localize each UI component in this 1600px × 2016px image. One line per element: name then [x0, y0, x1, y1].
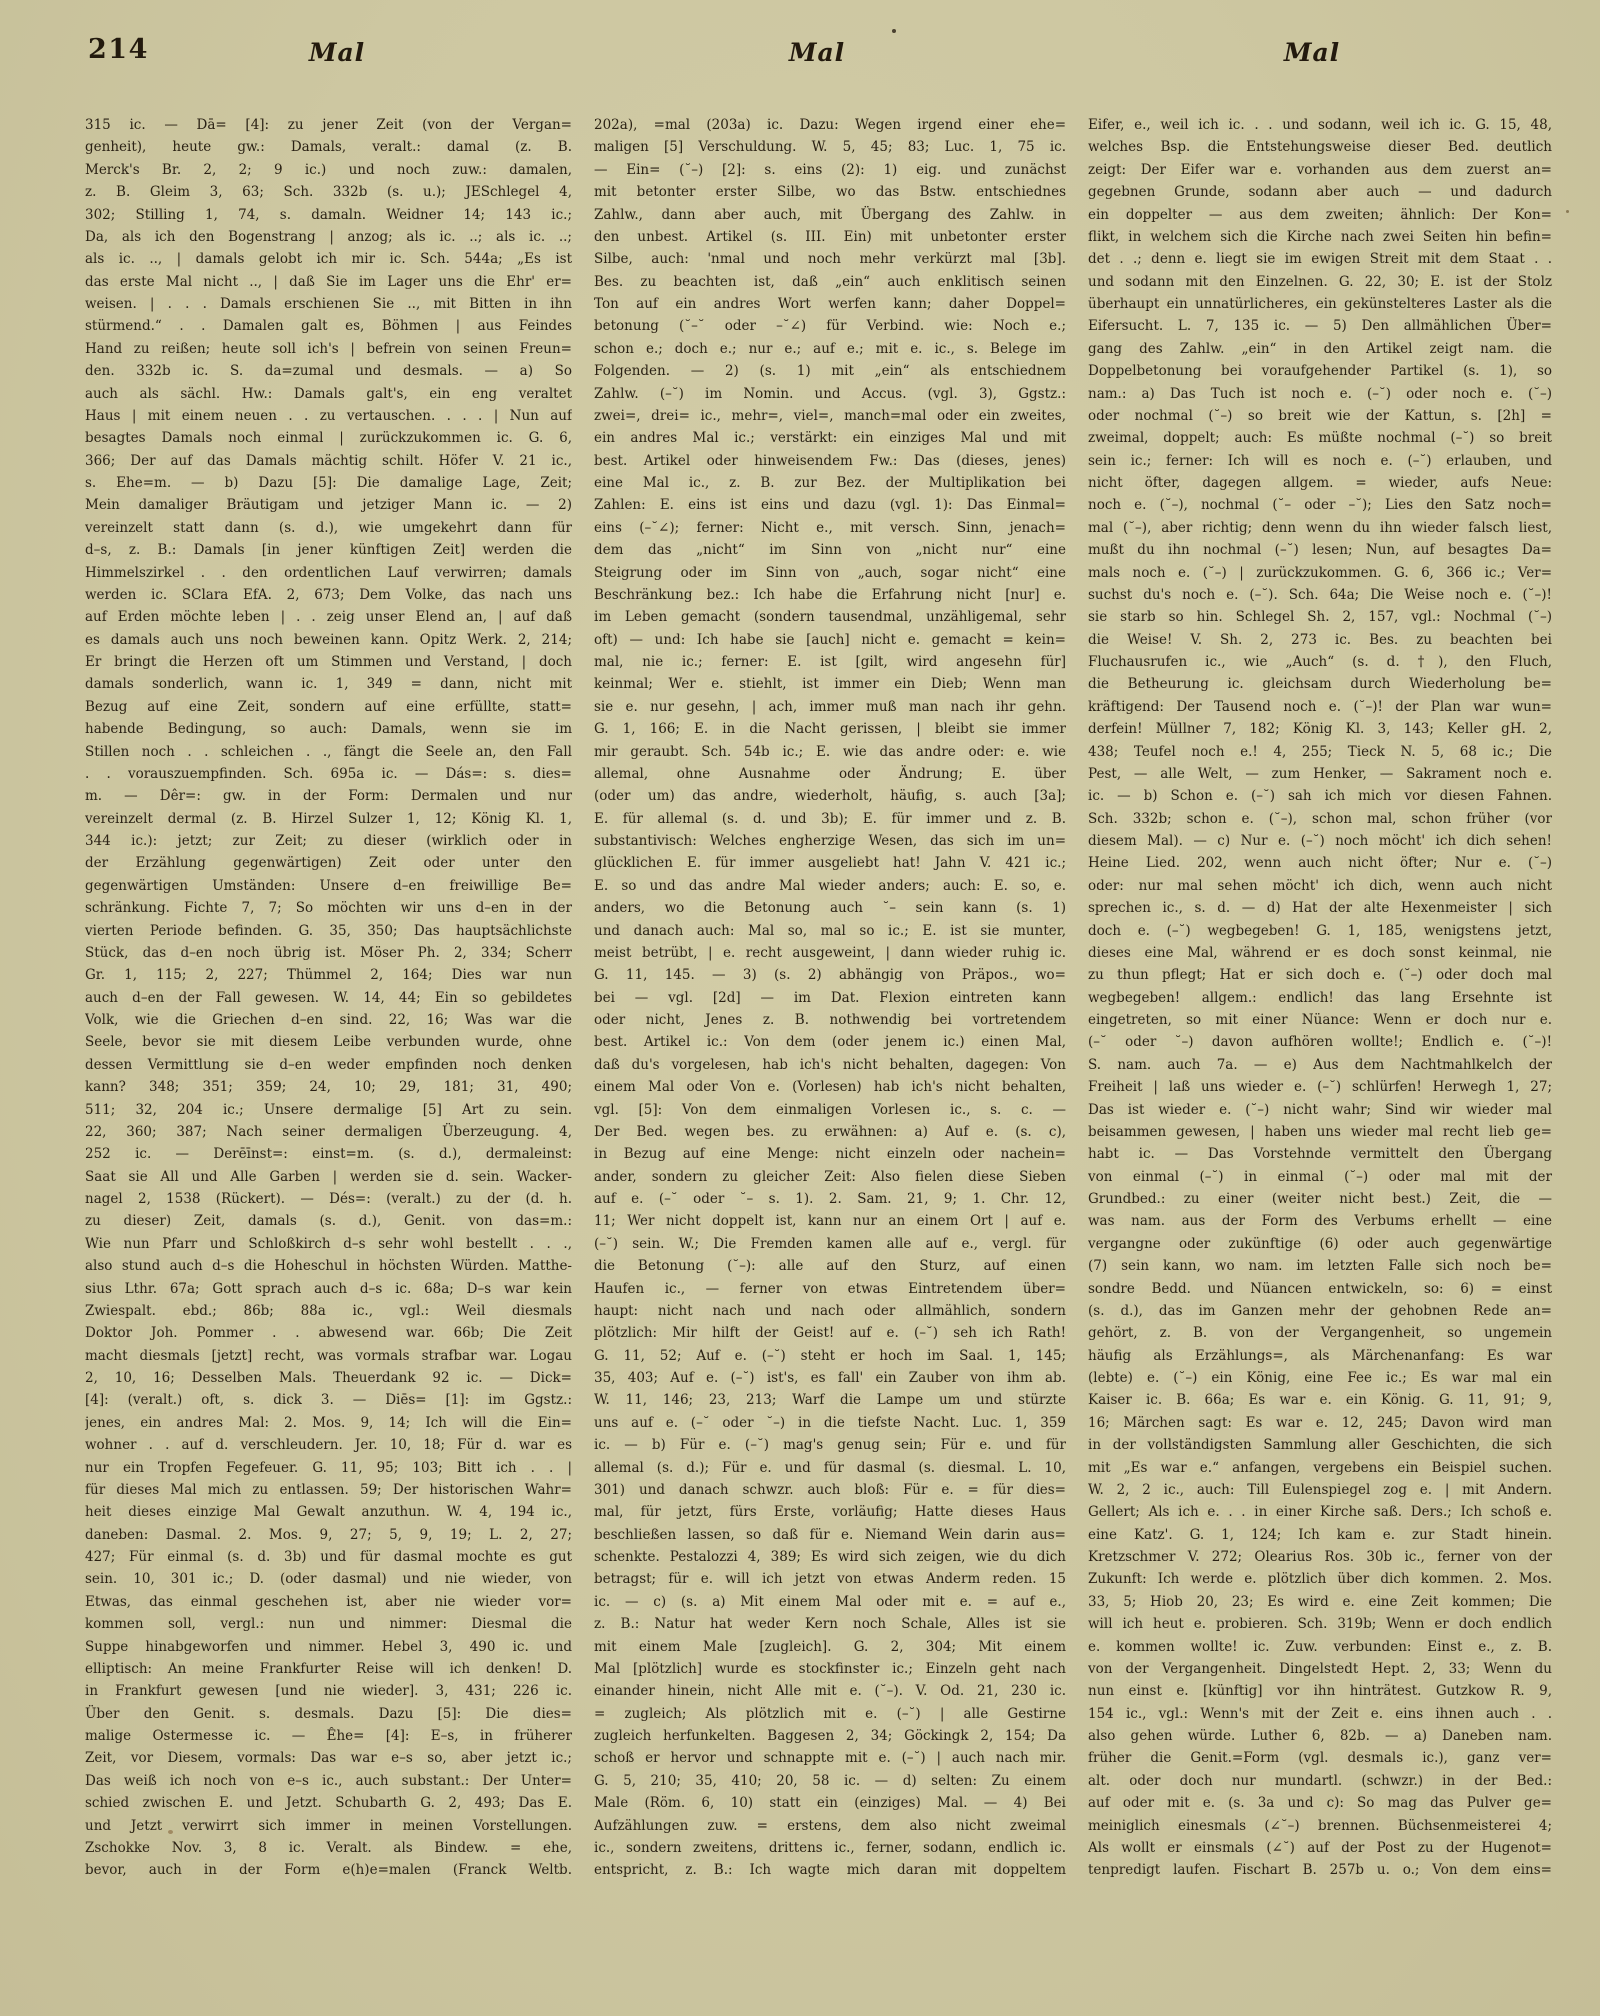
text-line: ic., sondern zweitens, drittens ic., fer…	[594, 1837, 1066, 1859]
text-line: gehört, z. B. von der Vergangenheit, so …	[1088, 1322, 1552, 1344]
text-line: derfein! Müllner 7, 182; König Kl. 3, 14…	[1088, 718, 1552, 740]
text-line: sein. 10, 301 ic.; D. (oder dasmal) und …	[85, 1568, 572, 1590]
text-line: die Betheurung ic. gleichsam durch Wiede…	[1088, 673, 1552, 695]
text-line: uns auf e. (–˘ oder ˘–) in die tiefste N…	[594, 1412, 1066, 1434]
text-line: und danach auch: Mal so, mal so ic.; E. …	[594, 920, 1066, 942]
text-line: 11; Wer nicht doppelt ist, kann nur an e…	[594, 1210, 1066, 1232]
text-line: welches Bsp. die Entstehungsweise dieser…	[1088, 136, 1552, 158]
text-line: zugleich herfunkelten. Baggesen 2, 34; G…	[594, 1725, 1066, 1747]
text-line: G. 11, 52; Auf e. (–˘) steht er hoch im …	[594, 1345, 1066, 1367]
text-line: . . vorauszuempfinden. Sch. 695a ic. — D…	[85, 763, 572, 785]
text-line: mit „Es war e.“ anfangen, vergebens ein …	[1088, 1457, 1552, 1479]
text-line: was nam. aus der Form des Verbums erhell…	[1088, 1210, 1552, 1232]
text-line: 22, 360; 387; Nach seiner dermaligen Übe…	[85, 1121, 572, 1143]
text-line: S. nam. auch 7a. — e) Aus dem Nachtmahlk…	[1088, 1054, 1552, 1076]
text-line: mußt du ihn nochmal (–˘) lesen; Nun, auf…	[1088, 539, 1552, 561]
text-line: 366; Der auf das Damals mächtig schilt. …	[85, 450, 572, 472]
text-line: sondre Bedd. und Nüancen entwickeln, so:…	[1088, 1278, 1552, 1300]
text-line: dem das „nicht“ im Sinn von „nicht nur“ …	[594, 539, 1066, 561]
text-line: kommen soll, vergl.: nun und nimmer: Die…	[85, 1613, 572, 1635]
text-line: allemal, ohne Ausnahme oder Ändrung; E. …	[594, 763, 1066, 785]
text-line: den. 332b ic. S. da=zumal und desmals. —…	[85, 360, 572, 382]
text-line: wohner . . auf d. verschleudern. Jer. 10…	[85, 1434, 572, 1456]
text-line: sein ic.; ferner: Ich will es noch e. (–…	[1088, 450, 1552, 472]
text-line: Zeit, vor Diesem, vormals: Das war e–s s…	[85, 1747, 572, 1769]
text-line: Beschränkung bez.: Ich habe die Erfahrun…	[594, 584, 1066, 606]
text-line: elliptisch: An meine Frankfurter Reise w…	[85, 1658, 572, 1680]
text-line: eine Katz'. G. 1, 124; Ich kam e. zur St…	[1088, 1524, 1552, 1546]
text-line: keinmal; Wer e. stiehlt, ist immer ein D…	[594, 673, 1066, 695]
text-line: Haus | mit einem neuen . . zu vertausche…	[85, 405, 572, 427]
text-column-2: 202a), =mal (203a) ic. Dazu: Wegen irgen…	[594, 114, 1066, 1882]
text-line: Merck's Br. 2, 2; 9 ic.) und noch zuw.: …	[85, 159, 572, 181]
dictionary-page: 214 Mal Mal Mal 315 ic. — Dā= [4]: zu je…	[0, 0, 1600, 2016]
text-line: haupt: nicht nach und nach oder allmähli…	[594, 1300, 1066, 1322]
text-line: Mein damaliger Bräutigam und jetziger Ma…	[85, 494, 572, 516]
text-line: den unbest. Artikel (s. III. Ein) mit un…	[594, 226, 1066, 248]
text-line: beschließen lassen, so daß für e. Nieman…	[594, 1524, 1066, 1546]
text-line: auch als sächl. Hw.: Damals galt's, ein …	[85, 383, 572, 405]
text-line: doch e. (–˘) wegbegeben! G. 1, 185, weni…	[1088, 920, 1552, 942]
text-line: gegenwärtigen Umständen: Unsere d–en fre…	[85, 875, 572, 897]
text-line: betonung (˘–˘ oder –˘∠) für Verbind. wie…	[594, 315, 1066, 337]
text-line: Volk, wie die Griechen d–en sind. 22, 16…	[85, 1009, 572, 1031]
text-line: damals sonderlich, wann ic. 1, 349 = dan…	[85, 673, 572, 695]
text-line: Doktor Joh. Pommer . . abwesend war. 66b…	[85, 1322, 572, 1344]
text-line: Das weiß ich noch von e–s ic., auch subs…	[85, 1770, 572, 1792]
text-line: Zschokke Nov. 3, 8 ic. Veralt. als Binde…	[85, 1837, 572, 1859]
text-line: bevor, auch in der Form e(h)e=malen (Fra…	[85, 1859, 572, 1881]
text-line: glücklichen E. für immer ausgeliebt hat!…	[594, 852, 1066, 874]
text-line: heit dieses einzige Mal Gewalt anzuthun.…	[85, 1501, 572, 1523]
text-line: (s. d.), das im Ganzen mehr der gehobnen…	[1088, 1300, 1552, 1322]
text-column-3: Eifer, e., weil ich ic. . . und sodann, …	[1088, 114, 1552, 1882]
text-line: und sodann mit den Einzelnen. G. 22, 30;…	[1088, 271, 1552, 293]
text-line: Gellert; Als ich e. . . in einer Kirche …	[1088, 1501, 1552, 1523]
text-line: zeigt: Der Eifer war e. vorhanden aus de…	[1088, 159, 1552, 181]
text-line: schenkte. Pestalozzi 4, 389; Es wird sic…	[594, 1546, 1066, 1568]
text-line: W. 2, 2 ic., auch: Till Eulenspiegel zog…	[1088, 1479, 1552, 1501]
text-line: mit einem Male [zugleich]. G. 2, 304; Mi…	[594, 1636, 1066, 1658]
text-line: Grundbed.: zu einer (weiter nicht best.)…	[1088, 1188, 1552, 1210]
text-line: mals noch e. (˘–) | zurückzukommen. G. 6…	[1088, 562, 1552, 584]
text-line: ander, sondern zu gleicher Zeit: Also fi…	[594, 1166, 1066, 1188]
text-line: Kaiser ic. B. 66a; Es war e. ein König. …	[1088, 1389, 1552, 1411]
text-line: oft) — und: Ich habe sie [auch] nicht e.…	[594, 629, 1066, 651]
text-line: Silbe, auch: 'nmal und noch mehr verkürz…	[594, 248, 1066, 270]
text-line: betragst; für e. will ich jetzt von etwa…	[594, 1568, 1066, 1590]
text-line: Pest, — alle Welt, — zum Henker, — Sakra…	[1088, 763, 1552, 785]
text-line: Da, als ich den Bogenstrang | anzog; als…	[85, 226, 572, 248]
text-line: stürmend.“ . . Damalen galt es, Böhmen |…	[85, 315, 572, 337]
text-line: d–s, z. B.: Damals [in jener künftigen Z…	[85, 539, 572, 561]
column-header-keyword-1: Mal	[309, 38, 365, 67]
text-line: eingetreten, so mit einer Nüance: Wenn e…	[1088, 1009, 1552, 1031]
text-line: 202a), =mal (203a) ic. Dazu: Wegen irgen…	[594, 114, 1066, 136]
text-line: 315 ic. — Dā= [4]: zu jener Zeit (von de…	[85, 114, 572, 136]
text-line: daneben: Dasmal. 2. Mos. 9, 27; 5, 9, 19…	[85, 1524, 572, 1546]
text-line: zu thun pflegt; Hat er sich doch e. (˘–)…	[1088, 964, 1552, 986]
text-line: eine Mal ic., z. B. zur Bez. der Multipl…	[594, 472, 1066, 494]
text-line: sie starb so hin. Schlegel Sh. 2, 157, v…	[1088, 606, 1552, 628]
text-line: auf oder mit e. (s. 3a und c): So mag da…	[1088, 1792, 1552, 1814]
text-line: also gehen würde. Luther 6, 82b. — a) Da…	[1088, 1725, 1552, 1747]
text-line: nun einst e. [künftig] vor ihn hinträtes…	[1088, 1680, 1552, 1702]
text-line: Saat sie All und Alle Garben | werden si…	[85, 1166, 572, 1188]
text-line: allemal (s. d.); Für e. und für dasmal (…	[594, 1457, 1066, 1479]
text-line: die Betonung (˘–): alle auf den Sturz, a…	[594, 1255, 1066, 1277]
text-line: kräftigend: Der Tausend noch e. (˘–)! de…	[1088, 696, 1552, 718]
text-line: Folgenden. — 2) (s. 1) mit „ein“ als ent…	[594, 360, 1066, 382]
text-line: oder nicht, Jenes z. B. nothwendig bei v…	[594, 1009, 1066, 1031]
text-line: Wie nun Pfarr und Schloßkirch d–s sehr w…	[85, 1233, 572, 1255]
text-line: (7) sein kann, wo nam. im letzten Falle …	[1088, 1255, 1552, 1277]
text-line: = zugleich; Als plötzlich mit e. (–˘) | …	[594, 1703, 1066, 1725]
text-line: E. für allemal (s. d. und 3b); E. für im…	[594, 808, 1066, 830]
text-line: Mal [plötzlich] wurde es stockfinster ic…	[594, 1658, 1066, 1680]
text-line: vereinzelt statt dann (s. d.), wie umgek…	[85, 517, 572, 539]
text-line: sie e. nur gesehn, | ach, immer muß man …	[594, 696, 1066, 718]
text-line: für dieses Mal mich zu entlassen. 59; De…	[85, 1479, 572, 1501]
text-line: mal, nie ic.; ferner: E. ist [gilt, wird…	[594, 651, 1066, 673]
text-line: [4]: (veralt.) oft, s. dick 3. — Diēs= […	[85, 1389, 572, 1411]
page-number: 214	[88, 34, 149, 65]
text-line: flikt, in welchem sich die Kirche nach z…	[1088, 226, 1552, 248]
text-line: jenes, ein andres Mal: 2. Mos. 9, 14; Ic…	[85, 1412, 572, 1434]
text-area: 315 ic. — Dā= [4]: zu jener Zeit (von de…	[85, 114, 1552, 1882]
text-line: Zukunft: Ich werde e. plötzlich über dic…	[1088, 1568, 1552, 1590]
text-line: (oder um) das andre, wiederholt, häufig,…	[594, 785, 1066, 807]
text-line: werden ic. SClara EfA. 2, 673; Dem Volke…	[85, 584, 572, 606]
text-line: von einmal (–˘) in einmal (˘–) oder mal …	[1088, 1166, 1552, 1188]
text-line: Zahlen: E. eins ist eins und dazu (vgl. …	[594, 494, 1066, 516]
text-line: — Ein= (˘–) [2]: s. eins (2): 1) eig. un…	[594, 159, 1066, 181]
text-line: Male (Röm. 6, 10) statt ein (einziges) M…	[594, 1792, 1066, 1814]
text-line: 33, 5; Hiob 20, 23; Es wird e. eine Zeit…	[1088, 1591, 1552, 1613]
text-line: 427; Für einmal (s. d. 3b) und für dasma…	[85, 1546, 572, 1568]
text-line: plötzlich: Mir hilft der Geist! auf e. (…	[594, 1322, 1066, 1344]
text-line: substantivisch: Welches engherzige Wesen…	[594, 830, 1066, 852]
text-line: Seele, bevor sie mit diesem Leibe verbun…	[85, 1031, 572, 1053]
text-line: Eifer, e., weil ich ic. . . und sodann, …	[1088, 114, 1552, 136]
text-line: Der Bed. wegen bes. zu erwähnen: a) Auf …	[594, 1121, 1066, 1143]
text-line: Das ist wieder e. (˘–) nicht wahr; Sind …	[1088, 1099, 1552, 1121]
text-line: Freiheit | laß uns wieder e. (–˘) schlür…	[1088, 1076, 1552, 1098]
text-line: diesem Mal). — c) Nur e. (–˘) noch möcht…	[1088, 830, 1552, 852]
text-line: suchst du's noch e. (–˘). Sch. 64a; Die …	[1088, 584, 1552, 606]
text-line: daß du's vorgelesen, hab ich's nicht beh…	[594, 1054, 1066, 1076]
text-line: genheit), heute gw.: Damals, veralt.: da…	[85, 136, 572, 158]
text-line: maligen [5] Verschuldung. W. 5, 45; 83; …	[594, 136, 1066, 158]
text-line: als ic. .., | damals gelobt ich mir ic. …	[85, 248, 572, 270]
text-line: beisammen gewesen, | haben uns wieder ma…	[1088, 1121, 1552, 1143]
text-line: weisen. | . . . Damals erschienen Sie ..…	[85, 293, 572, 315]
text-line: meist betrübt, | e. recht ausgeweint, | …	[594, 942, 1066, 964]
text-line: schon e.; doch e.; nur e.; auf e.; mit e…	[594, 338, 1066, 360]
text-line: und Jetzt verwirrt sich immer in meinen …	[85, 1815, 572, 1837]
text-line: Suppe hinabgeworfen und nimmer. Hebel 3,…	[85, 1636, 572, 1658]
text-line: habt ic. — Das Vorstehnde vermittelt den…	[1088, 1143, 1552, 1165]
text-line: ein doppelter — aus dem zweiten; ähnlich…	[1088, 204, 1552, 226]
text-line: 2, 10, 16; Desselben Mals. Theuerdank 92…	[85, 1367, 572, 1389]
text-line: z. B. Gleim 3, 63; Sch. 332b (s. u.); JE…	[85, 181, 572, 203]
text-line: Stück, das d–en noch übrig ist. Möser Ph…	[85, 942, 572, 964]
text-line: macht diesmals [jetzt] recht, was vormal…	[85, 1345, 572, 1367]
text-line: mir geraubt. Sch. 54b ic.; E. wie das an…	[594, 741, 1066, 763]
text-line: schoß er hervor und schnappte mit e. (–˘…	[594, 1747, 1066, 1769]
text-line: malige Ostermesse ic. — Êhe= [4]: E–s, i…	[85, 1725, 572, 1747]
text-line: gegebnen Grunde, sodann aber auch — und …	[1088, 181, 1552, 203]
text-line: Zahlw., dann aber auch, mit Übergang des…	[594, 204, 1066, 226]
text-line: Fluchausrufen ic., wie „Auch“ (s. d. †),…	[1088, 651, 1552, 673]
text-line: 252 ic. — Derēīnst=: einst=m. (s. d.), d…	[85, 1143, 572, 1165]
text-line: meiniglich einesmals (∠˘–) brennen. Büch…	[1088, 1815, 1552, 1837]
text-line: vergangne oder zukünftige (6) oder auch …	[1088, 1233, 1552, 1255]
text-line: es damals auch uns noch beweinen kann. O…	[85, 629, 572, 651]
text-line: eins (–˘∠); ferner: Nicht e., mit versch…	[594, 517, 1066, 539]
text-line: habende Bedingung, so auch: Damals, wenn…	[85, 718, 572, 740]
text-line: 344 ic.): jetzt; zur Zeit; zu dieser (wi…	[85, 830, 572, 852]
text-line: m. — Dêr=: gw. in der Form: Dermalen und…	[85, 785, 572, 807]
text-line: nicht öfter, dagegen allgem. = wieder, a…	[1088, 472, 1552, 494]
text-line: noch e. (˘–), nochmal (˘– oder –˘); Lies…	[1088, 494, 1552, 516]
text-line: schränkung. Fichte 7, 7; So möchten wir …	[85, 897, 572, 919]
text-line: zweimal, doppelt; auch: Es müßte nochmal…	[1088, 427, 1552, 449]
text-line: Sch. 332b; schon e. (˘–), schon mal, sch…	[1088, 808, 1552, 830]
text-line: auch d–en der Fall gewesen. W. 14, 44; E…	[85, 987, 572, 1009]
text-line: bei — vgl. [2d] — im Dat. Flexion eintre…	[594, 987, 1066, 1009]
text-line: Haufen ic., — ferner von etwas Eintreten…	[594, 1278, 1066, 1300]
text-line: 302; Stilling 1, 74, s. damaln. Weidner …	[85, 204, 572, 226]
text-line: alt. oder doch nur mundartl. (schwzr.) i…	[1088, 1770, 1552, 1792]
text-line: G. 1, 166; E. in die Nacht gerissen, | b…	[594, 718, 1066, 740]
text-line: Zwiespalt. ebd.; 86b; 88a ic., vgl.: Wei…	[85, 1300, 572, 1322]
text-line: 511; 32, 204 ic.; Unsere dermalige [5] A…	[85, 1099, 572, 1121]
text-line: Zahlw. (–˘) im Nomin. und Accus. (vgl. 3…	[594, 383, 1066, 405]
text-line: Ton auf ein andres Wort werfen kann; dah…	[594, 293, 1066, 315]
text-line: Aufzählungen zuw. = erstens, dem also ni…	[594, 1815, 1066, 1837]
text-line: Hand zu reißen; heute soll ich's | befre…	[85, 338, 572, 360]
text-line: nam.: a) Das Tuch ist noch e. (–˘) oder …	[1088, 383, 1552, 405]
text-line: vereinzelt dermal (z. B. Hirzel Sulzer 1…	[85, 808, 572, 830]
ink-speck	[892, 29, 896, 33]
text-line: in der vollständigsten Sammlung aller Ge…	[1088, 1434, 1552, 1456]
text-line: besagtes Damals noch einmal | zurückzuko…	[85, 427, 572, 449]
text-line: mal, für jetzt, fürs Erste, vorläufig; H…	[594, 1501, 1066, 1523]
text-line: zwei=, drei= ic., mehr=, viel=, manch=ma…	[594, 405, 1066, 427]
text-line: Doppelbetonung bei voraufgehender Partik…	[1088, 360, 1552, 382]
text-line: ic. — b) Schon e. (–˘) sah ich mich vor …	[1088, 785, 1552, 807]
text-line: Bezug auf eine Zeit, sondern auf eine er…	[85, 696, 572, 718]
text-line: zu dieser) Zeit, damals (s. d.), Genit. …	[85, 1210, 572, 1232]
text-line: wegbegeben! allgem.: endlich! das lang E…	[1088, 987, 1552, 1009]
text-line: Er bringt die Herzen oft um Stimmen und …	[85, 651, 572, 673]
text-line: häufig als Erzählungs=, als Märchenanfan…	[1088, 1345, 1552, 1367]
text-line: G. 11, 145. — 3) (s. 2) abhängig von Prä…	[594, 964, 1066, 986]
text-line: det . .; denn e. liegt sie im ewigen Str…	[1088, 248, 1552, 270]
text-line: dieses eine Mal, während er es doch sons…	[1088, 942, 1552, 964]
text-line: überhaupt ein unnatürlicheres, ein gekün…	[1088, 293, 1552, 315]
text-line: Eifersucht. L. 7, 135 ic. — 5) Den allmä…	[1088, 315, 1552, 337]
column-header-keyword-2: Mal	[789, 38, 845, 67]
text-line: die Weise! V. Sh. 2, 273 ic. Bes. zu bea…	[1088, 629, 1552, 651]
text-line: ein andres Mal ic.; verstärkt: ein einzi…	[594, 427, 1066, 449]
text-line: (lebte) e. (˘–) ein König, eine Fee ic.;…	[1088, 1367, 1552, 1389]
text-line: dessen Vermittlung sie d–en weder empfin…	[85, 1054, 572, 1076]
text-line: Bes. zu beachten ist, daß „ein“ auch enk…	[594, 271, 1066, 293]
text-line: anders, wo die Betonung auch ˘– sein kan…	[594, 897, 1066, 919]
text-line: entspricht, z. B.: Ich wagte mich daran …	[594, 1859, 1066, 1881]
text-line: kann? 348; 351; 359; 24, 10; 29, 181; 31…	[85, 1076, 572, 1098]
text-line: 16; Märchen sagt: Es war e. 12, 245; Dav…	[1088, 1412, 1552, 1434]
text-line: sprechen ic., s. d. — d) Hat der alte He…	[1088, 897, 1552, 919]
text-line: Kretzschmer V. 272; Olearius Ros. 30b ic…	[1088, 1546, 1552, 1568]
text-line: einander hinein, nicht Alle mit e. (˘–).…	[594, 1680, 1066, 1702]
text-line: z. B.: Natur hat weder Kern noch Schale,…	[594, 1613, 1066, 1635]
text-line: oder: nur mal sehen möcht' ich dich, wen…	[1088, 875, 1552, 897]
paper-stain	[1566, 210, 1569, 213]
text-line: in Frankfurt gewesen [und nie wieder]. 3…	[85, 1680, 572, 1702]
text-line: best. Artikel ic.: Von dem (oder jenem i…	[594, 1031, 1066, 1053]
text-line: auf e. (–˘ oder ˘– s. 1). 2. Sam. 21, 9;…	[594, 1188, 1066, 1210]
text-line: E. so und das andre Mal wieder anders; a…	[594, 875, 1066, 897]
text-line: Himmelszirkel . . den ordentlichen Lauf …	[85, 562, 572, 584]
text-line: best. Artikel oder hinweisendem Fw.: Das…	[594, 450, 1066, 472]
text-line: Steigrung oder im Sinn von „auch, sogar …	[594, 562, 1066, 584]
text-line: nur ein Tropfen Fegefeuer. G. 11, 95; 10…	[85, 1457, 572, 1479]
text-line: 438; Teufel noch e.! 4, 255; Tieck N. 5,…	[1088, 741, 1552, 763]
text-line: 154 ic., vgl.: Wenn's mit der Zeit e. ei…	[1088, 1703, 1552, 1725]
text-line: Stillen noch . . schleichen . ., fängt d…	[85, 741, 572, 763]
text-line: will ich heut e. probieren. Sch. 319b; W…	[1088, 1613, 1552, 1635]
text-line: oder nochmal (˘–) so breit wie der Kattu…	[1088, 405, 1552, 427]
text-line: vierten Periode befinden. G. 35, 350; Da…	[85, 920, 572, 942]
text-line: im Leben gemacht (sondern tausendmal, un…	[594, 606, 1066, 628]
text-line: G. 5, 210; 35, 410; 20, 58 ic. — d) selt…	[594, 1770, 1066, 1792]
text-line: der Erzählung gegenwärtigen) Zeit oder u…	[85, 852, 572, 874]
column-header-keyword-3: Mal	[1284, 38, 1340, 67]
text-line: W. 11, 146; 23, 213; Warf die Lampe um u…	[594, 1389, 1066, 1411]
text-line: Heine Lied. 202, wenn auch nicht öfter; …	[1088, 852, 1552, 874]
text-line: gang des Zahlw. „ein“ in den Artikel zei…	[1088, 338, 1552, 360]
text-line: Gr. 1, 115; 2, 227; Thümmel 2, 164; Dies…	[85, 964, 572, 986]
text-line: ic. — b) Für e. (–˘) mag's genug sein; F…	[594, 1434, 1066, 1456]
text-line: Über den Genit. s. desmals. Dazu [5]: Di…	[85, 1703, 572, 1725]
text-line: schied zwischen E. und Jetzt. Schubarth …	[85, 1792, 572, 1814]
text-line: früher die Genit.=Form (vgl. desmals ic.…	[1088, 1747, 1552, 1769]
text-line: tenpredigt laufen. Fischart B. 257b u. o…	[1088, 1859, 1552, 1881]
text-line: mit betonter erster Silbe, wo das Bstw. …	[594, 181, 1066, 203]
text-line: einem Mal oder Von e. (Vorlesen) hab ich…	[594, 1076, 1066, 1098]
text-line: auf Erden möchte leben | . . zeig unser …	[85, 606, 572, 628]
text-line: e. kommen wollte! ic. Zuw. verbunden: Ei…	[1088, 1636, 1552, 1658]
text-line: Als wollt er einsmals (∠˘) auf der Post …	[1088, 1837, 1552, 1859]
text-line: (–˘ oder ˘–) davon aufhören wollte!; End…	[1088, 1031, 1552, 1053]
text-line: sius Lthr. 67a; Gott sprach auch d–s ic.…	[85, 1278, 572, 1300]
text-line: von der Vergangenheit. Dingelstedt Hept.…	[1088, 1658, 1552, 1680]
text-line: Etwas, das einmal geschehen ist, aber ni…	[85, 1591, 572, 1613]
text-line: 35, 403; Auf e. (–˘) ist's, es fall' ein…	[594, 1367, 1066, 1389]
text-line: s. Ehe=m. — b) Dazu [5]: Die damalige La…	[85, 472, 572, 494]
text-line: 301) und danach schwzr. auch bloß: Für e…	[594, 1479, 1066, 1501]
text-line: das erste Mal nicht .., | daß Sie im Lag…	[85, 271, 572, 293]
text-line: (–˘) sein. W.; Die Fremden kamen alle au…	[594, 1233, 1066, 1255]
text-line: ic. — c) (s. a) Mit einem Mal oder mit e…	[594, 1591, 1066, 1613]
text-line: nagel 2, 1538 (Rückert). — Dés=: (veralt…	[85, 1188, 572, 1210]
text-column-1: 315 ic. — Dā= [4]: zu jener Zeit (von de…	[85, 114, 572, 1882]
text-line: in Bezug auf eine Menge: nicht einzeln o…	[594, 1143, 1066, 1165]
text-line: mal (˘–), aber richtig; denn wenn du ihn…	[1088, 517, 1552, 539]
text-line: also stund auch d–s die Hoheschul in höc…	[85, 1255, 572, 1277]
text-line: vgl. [5]: Von dem einmaligen Vorlesen ic…	[594, 1099, 1066, 1121]
